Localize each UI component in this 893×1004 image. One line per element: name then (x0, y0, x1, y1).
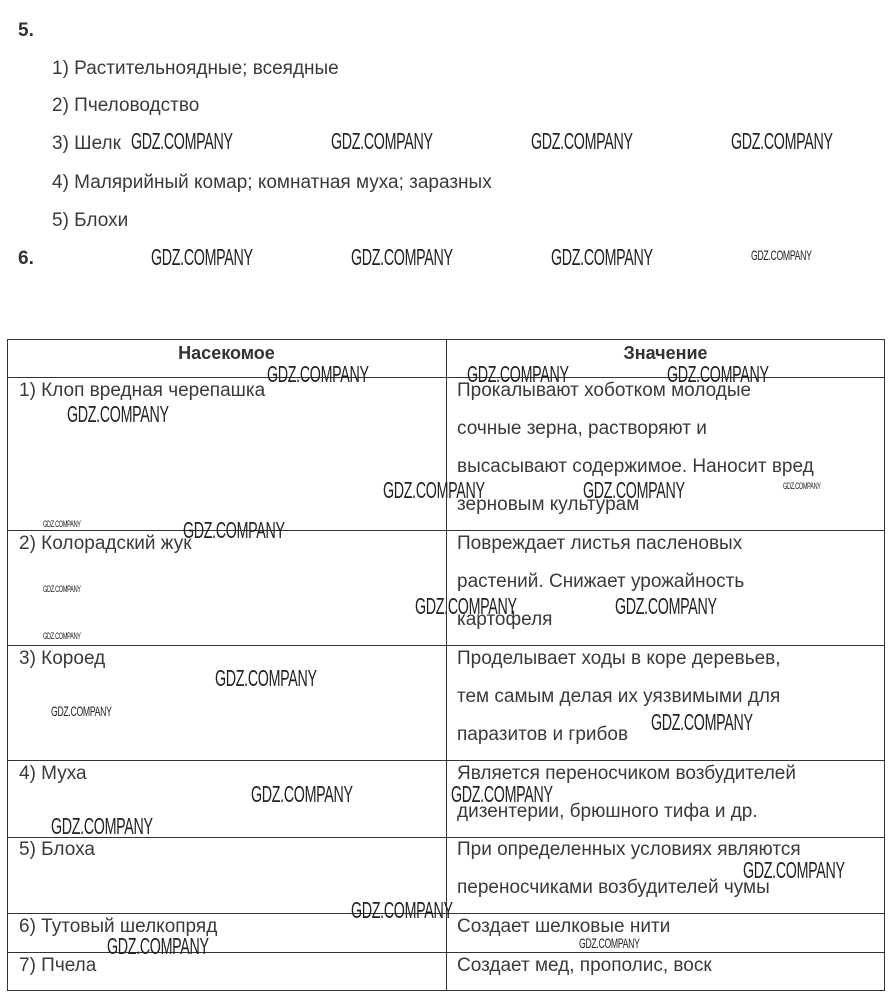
table-cell-meaning: При определенных условиях являются перен… (457, 831, 882, 907)
watermark: GDZ.COMPANY (531, 128, 633, 155)
table-cell-insect: 4) Муха (19, 755, 439, 793)
table-header-meaning: Значение (446, 343, 885, 364)
watermark: GDZ.COMPANY (331, 128, 433, 155)
meaning-line: Является переносчиком возбудителей (457, 755, 882, 793)
watermark: GDZ.COMPANY (551, 244, 653, 271)
table-cell-insect: 2) Колорадский жук (19, 525, 439, 563)
meaning-line: растений. Снижает урожайность (457, 563, 882, 601)
watermark: GDZ.COMPANY (151, 244, 253, 271)
table-cell-insect: 1) Клоп вредная черепашка (19, 372, 439, 410)
meaning-line: паразитов и грибов (457, 716, 882, 754)
meaning-line: Создает шелковые нити (457, 908, 882, 946)
meaning-line: Проделывает ходы в коре деревьев, (457, 640, 882, 678)
table-cell-meaning: Повреждает листья пасленовых растений. С… (457, 525, 882, 639)
meaning-line: дизентерии, брюшного тифа и др. (457, 793, 882, 831)
answer-item-4: 4) Малярийный комар; комнатная муха; зар… (52, 172, 492, 194)
meaning-line: сочные зерна, растворяют и (457, 410, 882, 448)
table-cell-insect: 3) Короед (19, 640, 439, 678)
table-cell-insect: 5) Блоха (19, 831, 439, 869)
table-header-insect: Насекомое (7, 343, 446, 364)
meaning-line: Создает мед, прополис, воск (457, 947, 882, 985)
question-6-number: 6. (18, 248, 34, 270)
meaning-line: тем самым делая их уязвимыми для (457, 678, 882, 716)
table-cell-meaning: Создает мед, прополис, воск (457, 947, 882, 985)
answer-item-3: 3) Шелк (52, 133, 121, 155)
table-cell-meaning: Проделывает ходы в коре деревьев, тем са… (457, 640, 882, 754)
table-column-divider (446, 339, 447, 991)
table-cell-insect: 7) Пчела (19, 947, 439, 985)
question-5-number: 5. (18, 20, 34, 42)
answer-item-5: 5) Блохи (52, 210, 128, 232)
meaning-line: зерновым культурам (457, 486, 882, 524)
answer-item-2: 2) Пчеловодство (52, 95, 199, 117)
meaning-line: При определенных условиях являются (457, 831, 882, 869)
table-cell-meaning: Является переносчиком возбудителей дизен… (457, 755, 882, 831)
table-cell-meaning: Прокалывают хоботком молодые сочные зерн… (457, 372, 882, 524)
meaning-line: переносчиками возбудителей чумы (457, 869, 882, 907)
watermark: GDZ.COMPANY (731, 128, 833, 155)
watermark: GDZ.COMPANY (351, 244, 453, 271)
meaning-line: картофеля (457, 601, 882, 639)
meaning-line: высасывают содержимое. Наносит вред (457, 448, 882, 486)
table-cell-insect: 6) Тутовый шелкопряд (19, 908, 439, 946)
meaning-line: Прокалывают хоботком молодые (457, 372, 882, 410)
watermark: GDZ.COMPANY (751, 247, 812, 263)
watermark: GDZ.COMPANY (131, 128, 233, 155)
table-cell-meaning: Создает шелковые нити (457, 908, 882, 946)
meaning-line: Повреждает листья пасленовых (457, 525, 882, 563)
answer-item-1: 1) Растительноядные; всеядные (52, 58, 339, 80)
